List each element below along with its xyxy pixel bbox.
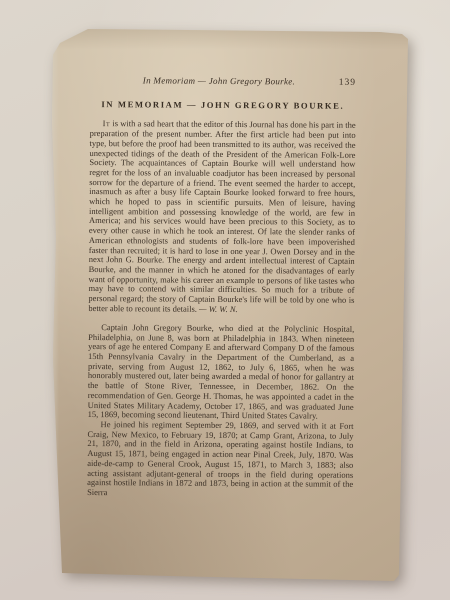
book-page: In Memoriam — John Gregory Bourke. 139 I…	[50, 27, 412, 585]
page-content: In Memoriam — John Gregory Bourke. 139 I…	[87, 76, 356, 499]
running-header-title: In Memoriam — John Gregory Bourke.	[90, 76, 322, 87]
editor-note-paragraph: It is with a sad heart that the editor o…	[88, 119, 355, 315]
editor-note-signature: — W. W. N.	[199, 304, 238, 314]
running-header: In Memoriam — John Gregory Bourke. 139	[90, 76, 356, 89]
photo-background: In Memoriam — John Gregory Bourke. 139 I…	[0, 0, 450, 600]
article-title: IN MEMORIAM — JOHN GREGORY BOURKE.	[90, 100, 356, 112]
page-number: 139	[322, 79, 356, 89]
editor-note-body: is with a sad heart that the editor of t…	[88, 119, 355, 314]
page-shadow: In Memoriam — John Gregory Bourke. 139 I…	[50, 27, 412, 585]
biography-paragraph: He joined his regiment September 29, 186…	[87, 420, 354, 499]
biography-paragraph: Captain John Gregory Bourke, who died at…	[88, 323, 355, 422]
editor-note-lead: It	[103, 118, 111, 128]
